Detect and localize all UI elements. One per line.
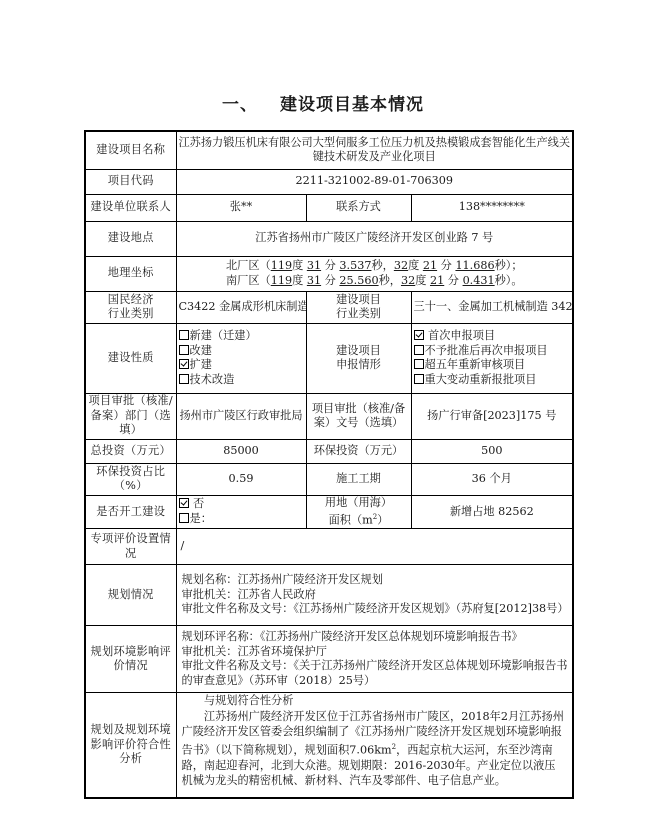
construction-period-label: 施工工期 bbox=[306, 463, 411, 495]
nature-option-tech[interactable]: 技术改造 bbox=[179, 373, 304, 388]
checkbox-checked-icon[interactable] bbox=[179, 359, 189, 369]
started-options: 否 是： bbox=[176, 495, 306, 529]
compliance-label: 规划及规划环境影响评价符合性分析 bbox=[85, 693, 176, 798]
checkbox-icon[interactable] bbox=[179, 374, 189, 384]
declaration-option-first[interactable]: 首次申报项目 bbox=[414, 329, 571, 344]
nature-option-rebuild[interactable]: 改建 bbox=[179, 344, 304, 359]
checkbox-icon[interactable] bbox=[414, 345, 424, 355]
checkbox-icon[interactable] bbox=[414, 374, 424, 384]
table-row: 规划情况 规划名称：江苏扬州广陵经济开发区规划 审批机关：江苏省人民政府 审批文… bbox=[85, 565, 573, 626]
contact-value: 张** bbox=[176, 194, 306, 221]
table-row: 国民经济 行业类别 C3422 金属成形机床制造 建设项目 行业类别 三十一、金… bbox=[85, 291, 573, 323]
env-investment-label: 环保投资（万元） bbox=[306, 439, 411, 463]
checkbox-icon[interactable] bbox=[414, 359, 424, 369]
contact-method-label: 联系方式 bbox=[306, 194, 411, 221]
project-name-value: 江苏扬力锻压机床有限公司大型伺服多工位压力机及热模锻成套智能化生产线关键技术研发… bbox=[176, 131, 573, 169]
planning-env-label: 规划环境影响评价情况 bbox=[85, 626, 176, 693]
land-area-label: 用地（用海） 面积（m2） bbox=[306, 495, 411, 529]
declaration-option-major-change[interactable]: 重大变动重新报批项目 bbox=[414, 373, 571, 388]
planning-label: 规划情况 bbox=[85, 565, 176, 626]
location-label: 建设地点 bbox=[85, 221, 176, 256]
compliance-paragraph: 江苏扬州广陵经济开发区位于江苏省扬州市广陵区，2018年2月江苏扬州广陵经济开发… bbox=[182, 709, 567, 789]
table-row: 项目审批（核准/备案）部门（选填） 扬州市广陵区行政审批局 项目审批（核准/备案… bbox=[85, 393, 573, 439]
declaration-option-resubmit[interactable]: 不予批准后再次申报项目 bbox=[414, 344, 571, 359]
project-name-label: 建设项目名称 bbox=[85, 131, 176, 169]
location-value: 江苏省扬州市广陵区广陵经济开发区创业路 7 号 bbox=[176, 221, 573, 256]
total-investment-value: 85000 bbox=[176, 439, 306, 463]
table-row: 环保投资占比（%） 0.59 施工工期 36 个月 bbox=[85, 463, 573, 495]
project-industry-value: 三十一、金属加工机械制造 342 bbox=[411, 291, 573, 323]
checkbox-icon[interactable] bbox=[179, 513, 189, 523]
compliance-value: 与规划符合性分析 江苏扬州广陵经济开发区位于江苏省扬州市广陵区，2018年2月江… bbox=[176, 693, 573, 798]
started-option-yes[interactable]: 是： bbox=[179, 512, 304, 527]
project-industry-label: 建设项目 行业类别 bbox=[306, 291, 411, 323]
env-ratio-label: 环保投资占比（%） bbox=[85, 463, 176, 495]
total-investment-label: 总投资（万元） bbox=[85, 439, 176, 463]
project-code-value: 2211-321002-89-01-706309 bbox=[176, 169, 573, 194]
table-row: 规划及规划环境影响评价符合性分析 与规划符合性分析 江苏扬州广陵经济开发区位于江… bbox=[85, 693, 573, 798]
checkbox-checked-icon[interactable] bbox=[414, 330, 424, 340]
checkbox-icon[interactable] bbox=[179, 330, 189, 340]
contact-method-value: 138******** bbox=[411, 194, 573, 221]
table-row: 建设单位联系人 张** 联系方式 138******** bbox=[85, 194, 573, 221]
nature-label: 建设性质 bbox=[85, 323, 176, 393]
project-code-label: 项目代码 bbox=[85, 169, 176, 194]
nature-options: 新建（迁建） 改建 扩建 技术改造 bbox=[176, 323, 306, 393]
section-title-text: 建设项目基本情况 bbox=[280, 95, 424, 115]
approval-number-label: 项目审批（核准/备案）文号（选填） bbox=[306, 393, 411, 439]
env-ratio-value: 0.59 bbox=[176, 463, 306, 495]
table-row: 是否开工建设 否 是： 用地（用海） 面积（m2） 新增占地 82562 bbox=[85, 495, 573, 529]
approval-dept-label: 项目审批（核准/备案）部门（选填） bbox=[85, 393, 176, 439]
table-row: 项目代码 2211-321002-89-01-706309 bbox=[85, 169, 573, 194]
south-coordinate: 南厂区（119度 31 分 25.560秒，32度 21 分 0.431秒）。 bbox=[179, 274, 571, 289]
started-option-no[interactable]: 否 bbox=[179, 497, 304, 512]
coordinates-label: 地理坐标 bbox=[85, 256, 176, 291]
table-row: 建设项目名称 江苏扬力锻压机床有限公司大型伺服多工位压力机及热模锻成套智能化生产… bbox=[85, 131, 573, 169]
approval-number-value: 扬广行审备[2023]175 号 bbox=[411, 393, 573, 439]
table-row: 建设地点 江苏省扬州市广陵区广陵经济开发区创业路 7 号 bbox=[85, 221, 573, 256]
section-title: 一、建设项目基本情况 bbox=[0, 90, 646, 115]
declaration-label: 建设项目 申报情形 bbox=[306, 323, 411, 393]
compliance-heading: 与规划符合性分析 bbox=[182, 693, 567, 709]
project-info-table: 建设项目名称 江苏扬力锻压机床有限公司大型伺服多工位压力机及热模锻成套智能化生产… bbox=[84, 130, 574, 799]
env-investment-value: 500 bbox=[411, 439, 573, 463]
declaration-options: 首次申报项目 不予批准后再次申报项目 超五年重新审核项目 重大变动重新报批项目 bbox=[411, 323, 573, 393]
planning-value: 规划名称：江苏扬州广陵经济开发区规划 审批机关：江苏省人民政府 审批文件名称及文… bbox=[176, 565, 573, 626]
special-eval-value: / bbox=[176, 529, 573, 565]
checkbox-checked-icon[interactable] bbox=[179, 498, 189, 508]
checkbox-icon[interactable] bbox=[179, 345, 189, 355]
planning-env-value: 规划环评名称：《江苏扬州广陵经济开发区总体规划环境影响报告书》 审批机关：江苏省… bbox=[176, 626, 573, 693]
table-row: 规划环境影响评价情况 规划环评名称：《江苏扬州广陵经济开发区总体规划环境影响报告… bbox=[85, 626, 573, 693]
declaration-option-five-year[interactable]: 超五年重新审核项目 bbox=[414, 358, 571, 373]
industry-label: 国民经济 行业类别 bbox=[85, 291, 176, 323]
approval-dept-value: 扬州市广陵区行政审批局 bbox=[176, 393, 306, 439]
coordinates-value: 北厂区（119度 31 分 3.537秒，32度 21 分 11.686秒）； … bbox=[176, 256, 573, 291]
table-row: 总投资（万元） 85000 环保投资（万元） 500 bbox=[85, 439, 573, 463]
started-label: 是否开工建设 bbox=[85, 495, 176, 529]
land-area-value: 新增占地 82562 bbox=[411, 495, 573, 529]
contact-label: 建设单位联系人 bbox=[85, 194, 176, 221]
special-eval-label: 专项评价设置情况 bbox=[85, 529, 176, 565]
north-coordinate: 北厂区（119度 31 分 3.537秒，32度 21 分 11.686秒）； bbox=[179, 259, 571, 274]
nature-option-new[interactable]: 新建（迁建） bbox=[179, 329, 304, 344]
industry-value: C3422 金属成形机床制造 bbox=[176, 291, 306, 323]
construction-period-value: 36 个月 bbox=[411, 463, 573, 495]
table-row: 专项评价设置情况 / bbox=[85, 529, 573, 565]
nature-option-expand[interactable]: 扩建 bbox=[179, 358, 304, 373]
section-number: 一、 bbox=[222, 95, 258, 115]
table-row: 建设性质 新建（迁建） 改建 扩建 技术改造 建设项目 申报情形 首次申报项目 … bbox=[85, 323, 573, 393]
table-row: 地理坐标 北厂区（119度 31 分 3.537秒，32度 21 分 11.68… bbox=[85, 256, 573, 291]
